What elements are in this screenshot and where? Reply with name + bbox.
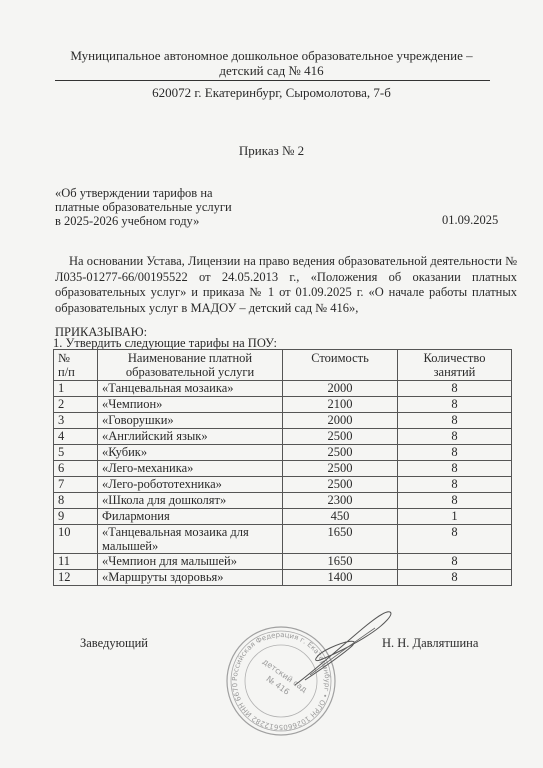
row-lessons-count: 1 (398, 509, 512, 525)
row-num: 6 (54, 461, 98, 477)
row-price: 2300 (283, 493, 398, 509)
organization-name-line2: детский сад № 416 (0, 63, 543, 78)
row-lessons-count: 8 (398, 429, 512, 445)
row-service-name: Филармония (98, 509, 283, 525)
document-page: Муниципальное автономное дошкольное обра… (0, 0, 543, 768)
row-num: 5 (54, 445, 98, 461)
row-price: 450 (283, 509, 398, 525)
header-divider (55, 80, 490, 81)
header-name-line2: образовательной услуги (102, 365, 278, 379)
table-row: 1«Танцевальная мозаика»20008 (54, 381, 512, 397)
row-service-name: «Лего-робототехника» (98, 477, 283, 493)
table-row: 10«Танцевальная мозаика для малышей»1650… (54, 525, 512, 554)
order-subject-line2: платные образовательные услуги (55, 200, 315, 214)
table-row: 9Филармония4501 (54, 509, 512, 525)
table-body: 1«Танцевальная мозаика»200082«Чемпион»21… (54, 381, 512, 586)
row-num: 2 (54, 397, 98, 413)
table-row: 2«Чемпион»21008 (54, 397, 512, 413)
header-num-line1: № (58, 351, 93, 365)
header-count-line1: Количество (402, 351, 507, 365)
row-num: 1 (54, 381, 98, 397)
header-name: Наименование платной образовательной усл… (98, 350, 283, 381)
signatory-role: Заведующий (80, 636, 148, 651)
row-num: 4 (54, 429, 98, 445)
row-service-name: «Чемпион» (98, 397, 283, 413)
row-price: 2500 (283, 477, 398, 493)
row-price: 1400 (283, 570, 398, 586)
table-row: 11«Чемпион для малышей»16508 (54, 554, 512, 570)
row-service-name: «Танцевальная мозаика для малышей» (98, 525, 283, 554)
organization-address: 620072 г. Екатеринбург, Сыромолотова, 7-… (0, 85, 543, 101)
row-lessons-count: 8 (398, 397, 512, 413)
row-price: 2000 (283, 413, 398, 429)
table-row: 3«Говорушки»20008 (54, 413, 512, 429)
order-subject: «Об утверждении тарифов на платные образ… (55, 186, 315, 228)
row-num: 11 (54, 554, 98, 570)
table-row: 12«Маршруты здоровья»14008 (54, 570, 512, 586)
table-row: 8«Школа для дошколят»23008 (54, 493, 512, 509)
row-num: 9 (54, 509, 98, 525)
order-subject-line1: «Об утверждении тарифов на (55, 186, 315, 200)
row-price: 1650 (283, 525, 398, 554)
row-lessons-count: 8 (398, 477, 512, 493)
row-service-name: «Школа для дошколят» (98, 493, 283, 509)
header-num: № п/п (54, 350, 98, 381)
row-service-name: «Танцевальная мозаика» (98, 381, 283, 397)
header-price: Стоимость (283, 350, 398, 381)
header-count-line2: занятий (402, 365, 507, 379)
row-service-name: «Говорушки» (98, 413, 283, 429)
row-service-name: «Лего-механика» (98, 461, 283, 477)
table-header-row: № п/п Наименование платной образовательн… (54, 350, 512, 381)
table-row: 7«Лего-робототехника»25008 (54, 477, 512, 493)
row-lessons-count: 8 (398, 413, 512, 429)
row-lessons-count: 8 (398, 445, 512, 461)
row-lessons-count: 8 (398, 525, 512, 554)
order-subject-line3: в 2025-2026 учебном году» (55, 214, 315, 228)
row-price: 2100 (283, 397, 398, 413)
row-num: 12 (54, 570, 98, 586)
row-price: 2500 (283, 445, 398, 461)
order-title: Приказ № 2 (0, 143, 543, 159)
row-service-name: «Кубик» (98, 445, 283, 461)
row-lessons-count: 8 (398, 461, 512, 477)
row-lessons-count: 8 (398, 381, 512, 397)
header-num-line2: п/п (58, 365, 93, 379)
row-price: 2500 (283, 429, 398, 445)
row-service-name: «Маршруты здоровья» (98, 570, 283, 586)
row-price: 2500 (283, 461, 398, 477)
row-service-name: «Английский язык» (98, 429, 283, 445)
row-lessons-count: 8 (398, 554, 512, 570)
row-service-name: «Чемпион для малышей» (98, 554, 283, 570)
table-row: 6«Лего-механика»25008 (54, 461, 512, 477)
order-basis-paragraph: На основании Устава, Лицензии на право в… (55, 254, 517, 316)
order-date: 01.09.2025 (442, 213, 498, 228)
tariffs-table: № п/п Наименование платной образовательн… (53, 349, 512, 586)
table-row: 5«Кубик»25008 (54, 445, 512, 461)
row-num: 7 (54, 477, 98, 493)
organization-name-line1: Муниципальное автономное дошкольное обра… (0, 48, 543, 63)
row-price: 1650 (283, 554, 398, 570)
table-row: 4«Английский язык»25008 (54, 429, 512, 445)
row-num: 10 (54, 525, 98, 554)
handwritten-signature-icon (290, 600, 400, 710)
row-num: 3 (54, 413, 98, 429)
header-count: Количество занятий (398, 350, 512, 381)
row-num: 8 (54, 493, 98, 509)
row-lessons-count: 8 (398, 570, 512, 586)
header-name-line1: Наименование платной (102, 351, 278, 365)
row-lessons-count: 8 (398, 493, 512, 509)
row-price: 2000 (283, 381, 398, 397)
